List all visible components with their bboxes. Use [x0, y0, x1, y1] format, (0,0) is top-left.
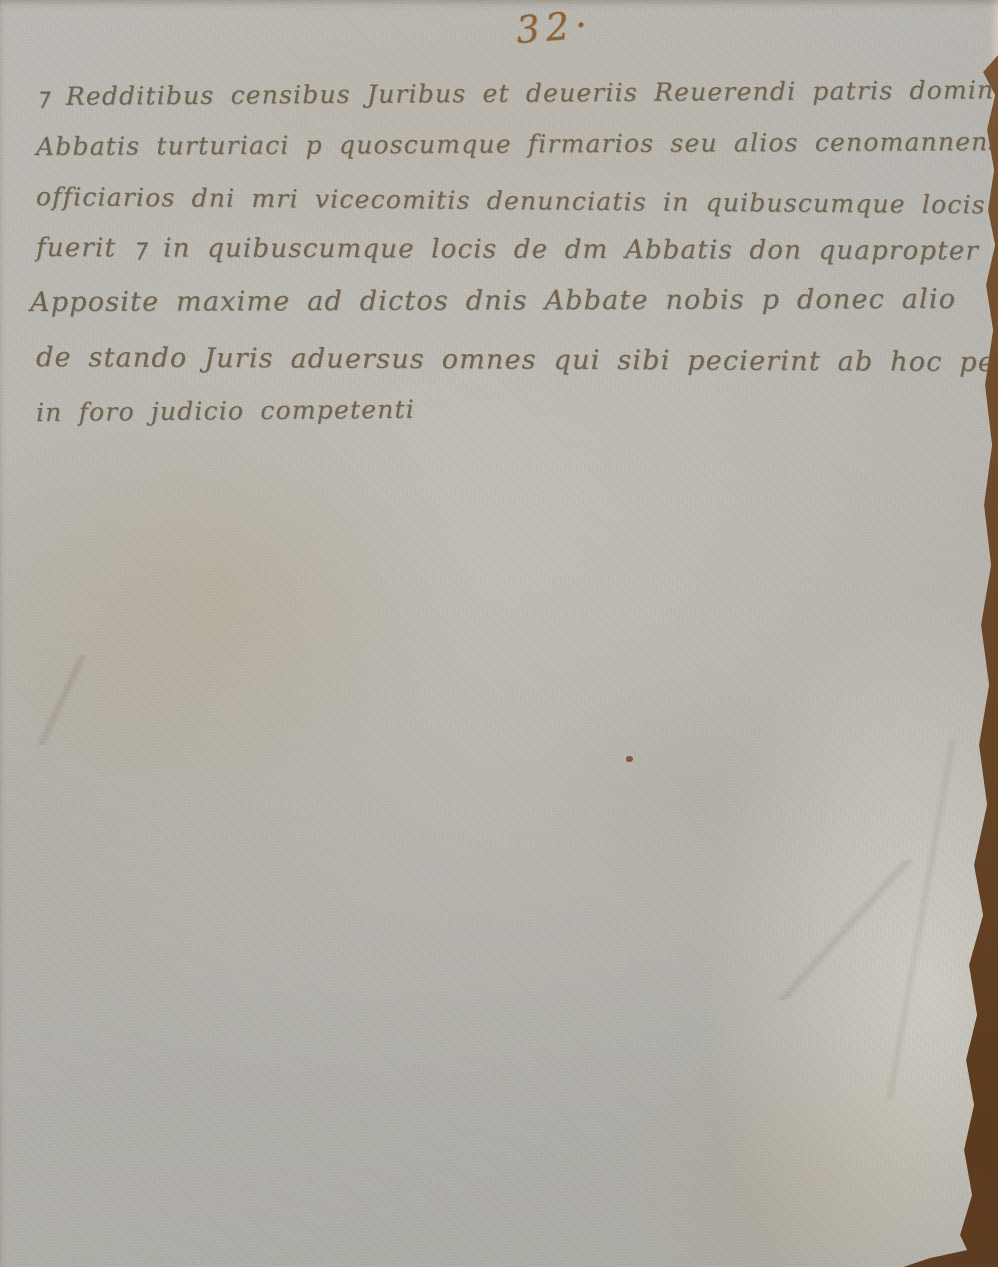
manuscript-line: Abbatis turturiaci p quoscumque firmario… [36, 127, 998, 161]
crease-mark [2, 655, 122, 745]
manuscript-line: fuerit ⁊ in quibuscumque locis de dm Abb… [36, 233, 998, 267]
book-background: 32· ⁊ Redditibus censibus Juribus et deu… [0, 0, 998, 1267]
manuscript-line: de stando Juris aduersus omnes qui sibi … [36, 342, 998, 379]
manuscript-line: officiarios dni mri vicecomitis denuncia… [36, 182, 998, 220]
manuscript-line: in foro judicio competenti [36, 395, 415, 427]
manuscript-line: ⁊ Redditibus censibus Juribus et deuerii… [36, 75, 998, 111]
manuscript-text: ⁊ Redditibus censibus Juribus et deuerii… [0, 0, 998, 1267]
crease-mark [856, 740, 986, 1100]
manuscript-page: 32· ⁊ Redditibus censibus Juribus et deu… [0, 0, 998, 1267]
ink-speck [626, 756, 633, 762]
manuscript-line: Apposite maxime ad dictos dnis Abbate no… [30, 284, 956, 318]
